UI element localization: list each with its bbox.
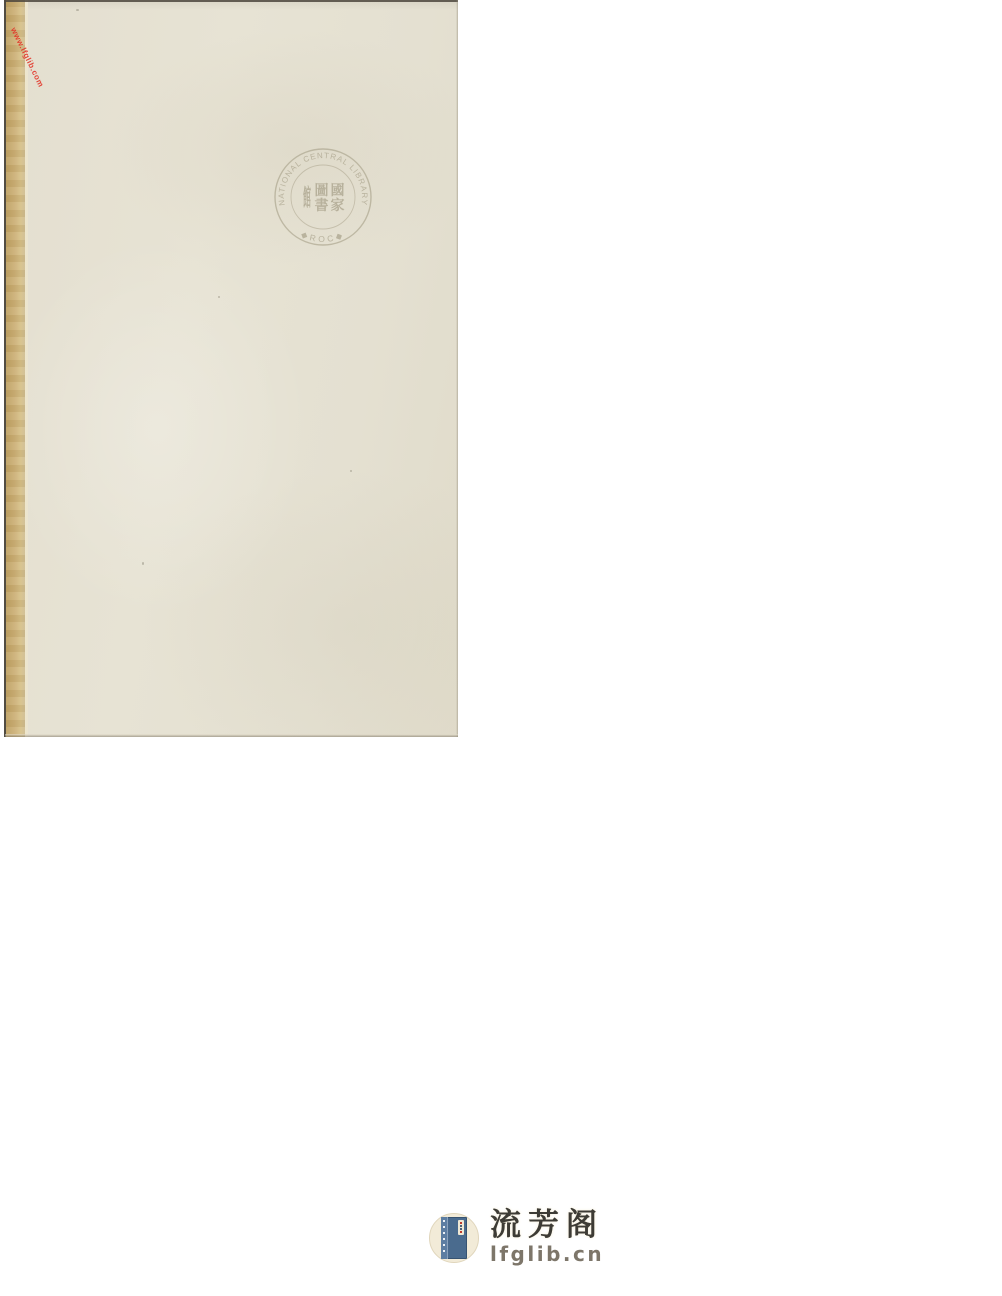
scanned-book-page: www.lfglib.com NATIONAL CENTRAL LIBRARY … — [0, 0, 458, 737]
paper-speck — [142, 562, 144, 565]
logo-text-block: 流芳阁 lfglib.cn — [490, 1210, 604, 1265]
logo-badge — [429, 1213, 479, 1263]
binding-edge-highlight — [25, 0, 28, 737]
paper-speck — [218, 296, 220, 298]
stamp-center-seal: 館 圖 書 國 家 — [302, 184, 345, 214]
seal-column-middle: 圖 書 — [315, 184, 329, 214]
site-logo[interactable]: 流芳阁 lfglib.cn — [429, 1210, 604, 1265]
book-title-slip — [458, 1220, 464, 1235]
binding-strip — [6, 0, 25, 737]
site-title: 流芳阁 — [490, 1210, 604, 1241]
paper-speck — [76, 9, 79, 11]
book-spine — [441, 1217, 448, 1259]
thread-bound-book-icon — [441, 1217, 467, 1259]
seal-character: 圖 — [315, 184, 329, 199]
library-stamp: NATIONAL CENTRAL LIBRARY ◆ROC◆ 館 圖 書 國 家 — [266, 140, 380, 254]
seal-character: 國 — [331, 184, 345, 199]
page-top-edge — [5, 0, 458, 2]
paper-speck — [350, 470, 352, 472]
page-right-edge — [456, 0, 458, 737]
paper-surface — [28, 0, 458, 737]
gutter-shadow-line — [4, 0, 6, 737]
seal-character: 書 — [315, 199, 329, 214]
seal-column-right: 國 家 — [331, 184, 345, 214]
seal-character: 家 — [331, 199, 345, 214]
site-domain: lfglib.cn — [490, 1243, 604, 1265]
seal-character: 館 — [303, 187, 311, 212]
seal-column-left: 館 — [303, 187, 311, 212]
book-stitches — [443, 1220, 445, 1256]
page-bottom-edge — [5, 734, 458, 737]
